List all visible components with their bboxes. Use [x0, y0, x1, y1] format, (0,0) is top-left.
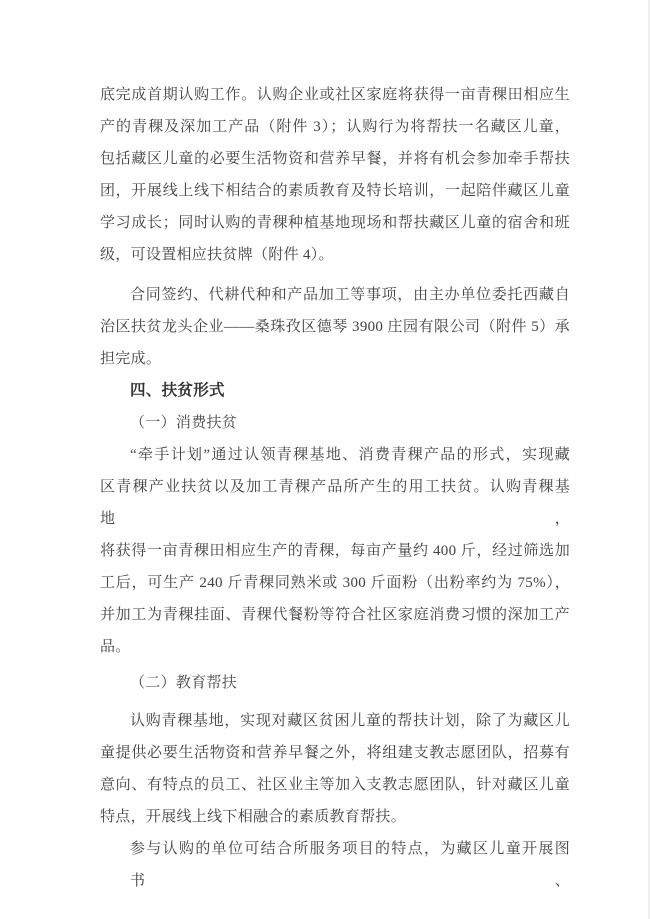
text-line: 认购青稞基地，实现对藏区贫困儿童的帮扶计划，除了为藏区儿 — [100, 705, 570, 737]
text-line: 治区扶贫龙头企业——桑珠孜区德琴 3900 庄园有限公司（附件 5）承 — [100, 311, 570, 343]
text-line: 并加工为青稞挂面、青稞代餐粉等符合社区家庭消费习惯的深加工产 — [100, 599, 570, 631]
text-line: 级，可设置相应扶贫牌（附件 4）。 — [100, 239, 570, 271]
sub-heading: （二）教育帮扶 — [100, 667, 570, 699]
text-line: 工后，可生产 240 斤青稞同熟米或 300 斤面粉（出粉率约为 75%）， — [100, 567, 570, 599]
paragraph: 底完成首期认购工作。认购企业或社区家庭将获得一亩青稞田相应生产的青稞及深加工产品… — [100, 79, 570, 271]
text-line: 团，开展线上线下相结合的素质教育及特长培训，一起陪伴藏区儿童 — [100, 175, 570, 207]
text-line: （二）教育帮扶 — [100, 667, 570, 699]
document-text: 底完成首期认购工作。认购企业或社区家庭将获得一亩青稞田相应生产的青稞及深加工产品… — [100, 79, 570, 897]
paragraph: 合同签约、代耕代种和产品加工等事项，由主办单位委托西藏自治区扶贫龙头企业——桑珠… — [100, 279, 570, 375]
text-line: 产的青稞及深加工产品（附件 3）；认购行为将帮扶一名藏区儿童， — [100, 111, 570, 143]
text-line: 童提供必要生活物资和营养早餐之外，将组建支教志愿团队，招募有 — [100, 737, 570, 769]
text-line: 四、扶贫形式 — [100, 375, 570, 407]
text-line: 担完成。 — [100, 343, 570, 375]
text-line: “牵手计划”通过认领青稞基地、消费青稞产品的形式，实现藏 — [100, 439, 570, 471]
sub-heading: （一）消费扶贫 — [100, 407, 570, 439]
section-heading: 四、扶贫形式 — [100, 375, 570, 407]
text-line: 区青稞产业扶贫以及加工青稞产品所产生的用工扶贫。认购青稞基地， — [100, 471, 570, 535]
text-line: 包括藏区儿童的必要生活物资和营养早餐，并将有机会参加牵手帮扶 — [100, 143, 570, 175]
text-line: 意向、有特点的员工、社区业主等加入支教志愿团队，针对藏区儿童 — [100, 769, 570, 801]
document-page: 底完成首期认购工作。认购企业或社区家庭将获得一亩青稞田相应生产的青稞及深加工产品… — [0, 0, 650, 919]
text-line: 品。 — [100, 631, 570, 663]
text-line: 参与认购的单位可结合所服务项目的特点，为藏区儿童开展图书、 — [100, 833, 570, 897]
text-line: 将获得一亩青稞田相应生产的青稞，每亩产量约 400 斤，经过筛选加 — [100, 535, 570, 567]
text-line: 特点，开展线上线下相融合的素质教育帮扶。 — [100, 801, 570, 833]
paragraph: “牵手计划”通过认领青稞基地、消费青稞产品的形式，实现藏区青稞产业扶贫以及加工青… — [100, 439, 570, 663]
paragraph: 认购青稞基地，实现对藏区贫困儿童的帮扶计划，除了为藏区儿童提供必要生活物资和营养… — [100, 705, 570, 833]
text-line: 学习成长；同时认购的青稞种植基地现场和帮扶藏区儿童的宿舍和班 — [100, 207, 570, 239]
text-line: （一）消费扶贫 — [100, 407, 570, 439]
text-line: 合同签约、代耕代种和产品加工等事项，由主办单位委托西藏自 — [100, 279, 570, 311]
paragraph: 参与认购的单位可结合所服务项目的特点，为藏区儿童开展图书、 — [100, 833, 570, 897]
text-line: 底完成首期认购工作。认购企业或社区家庭将获得一亩青稞田相应生 — [100, 79, 570, 111]
